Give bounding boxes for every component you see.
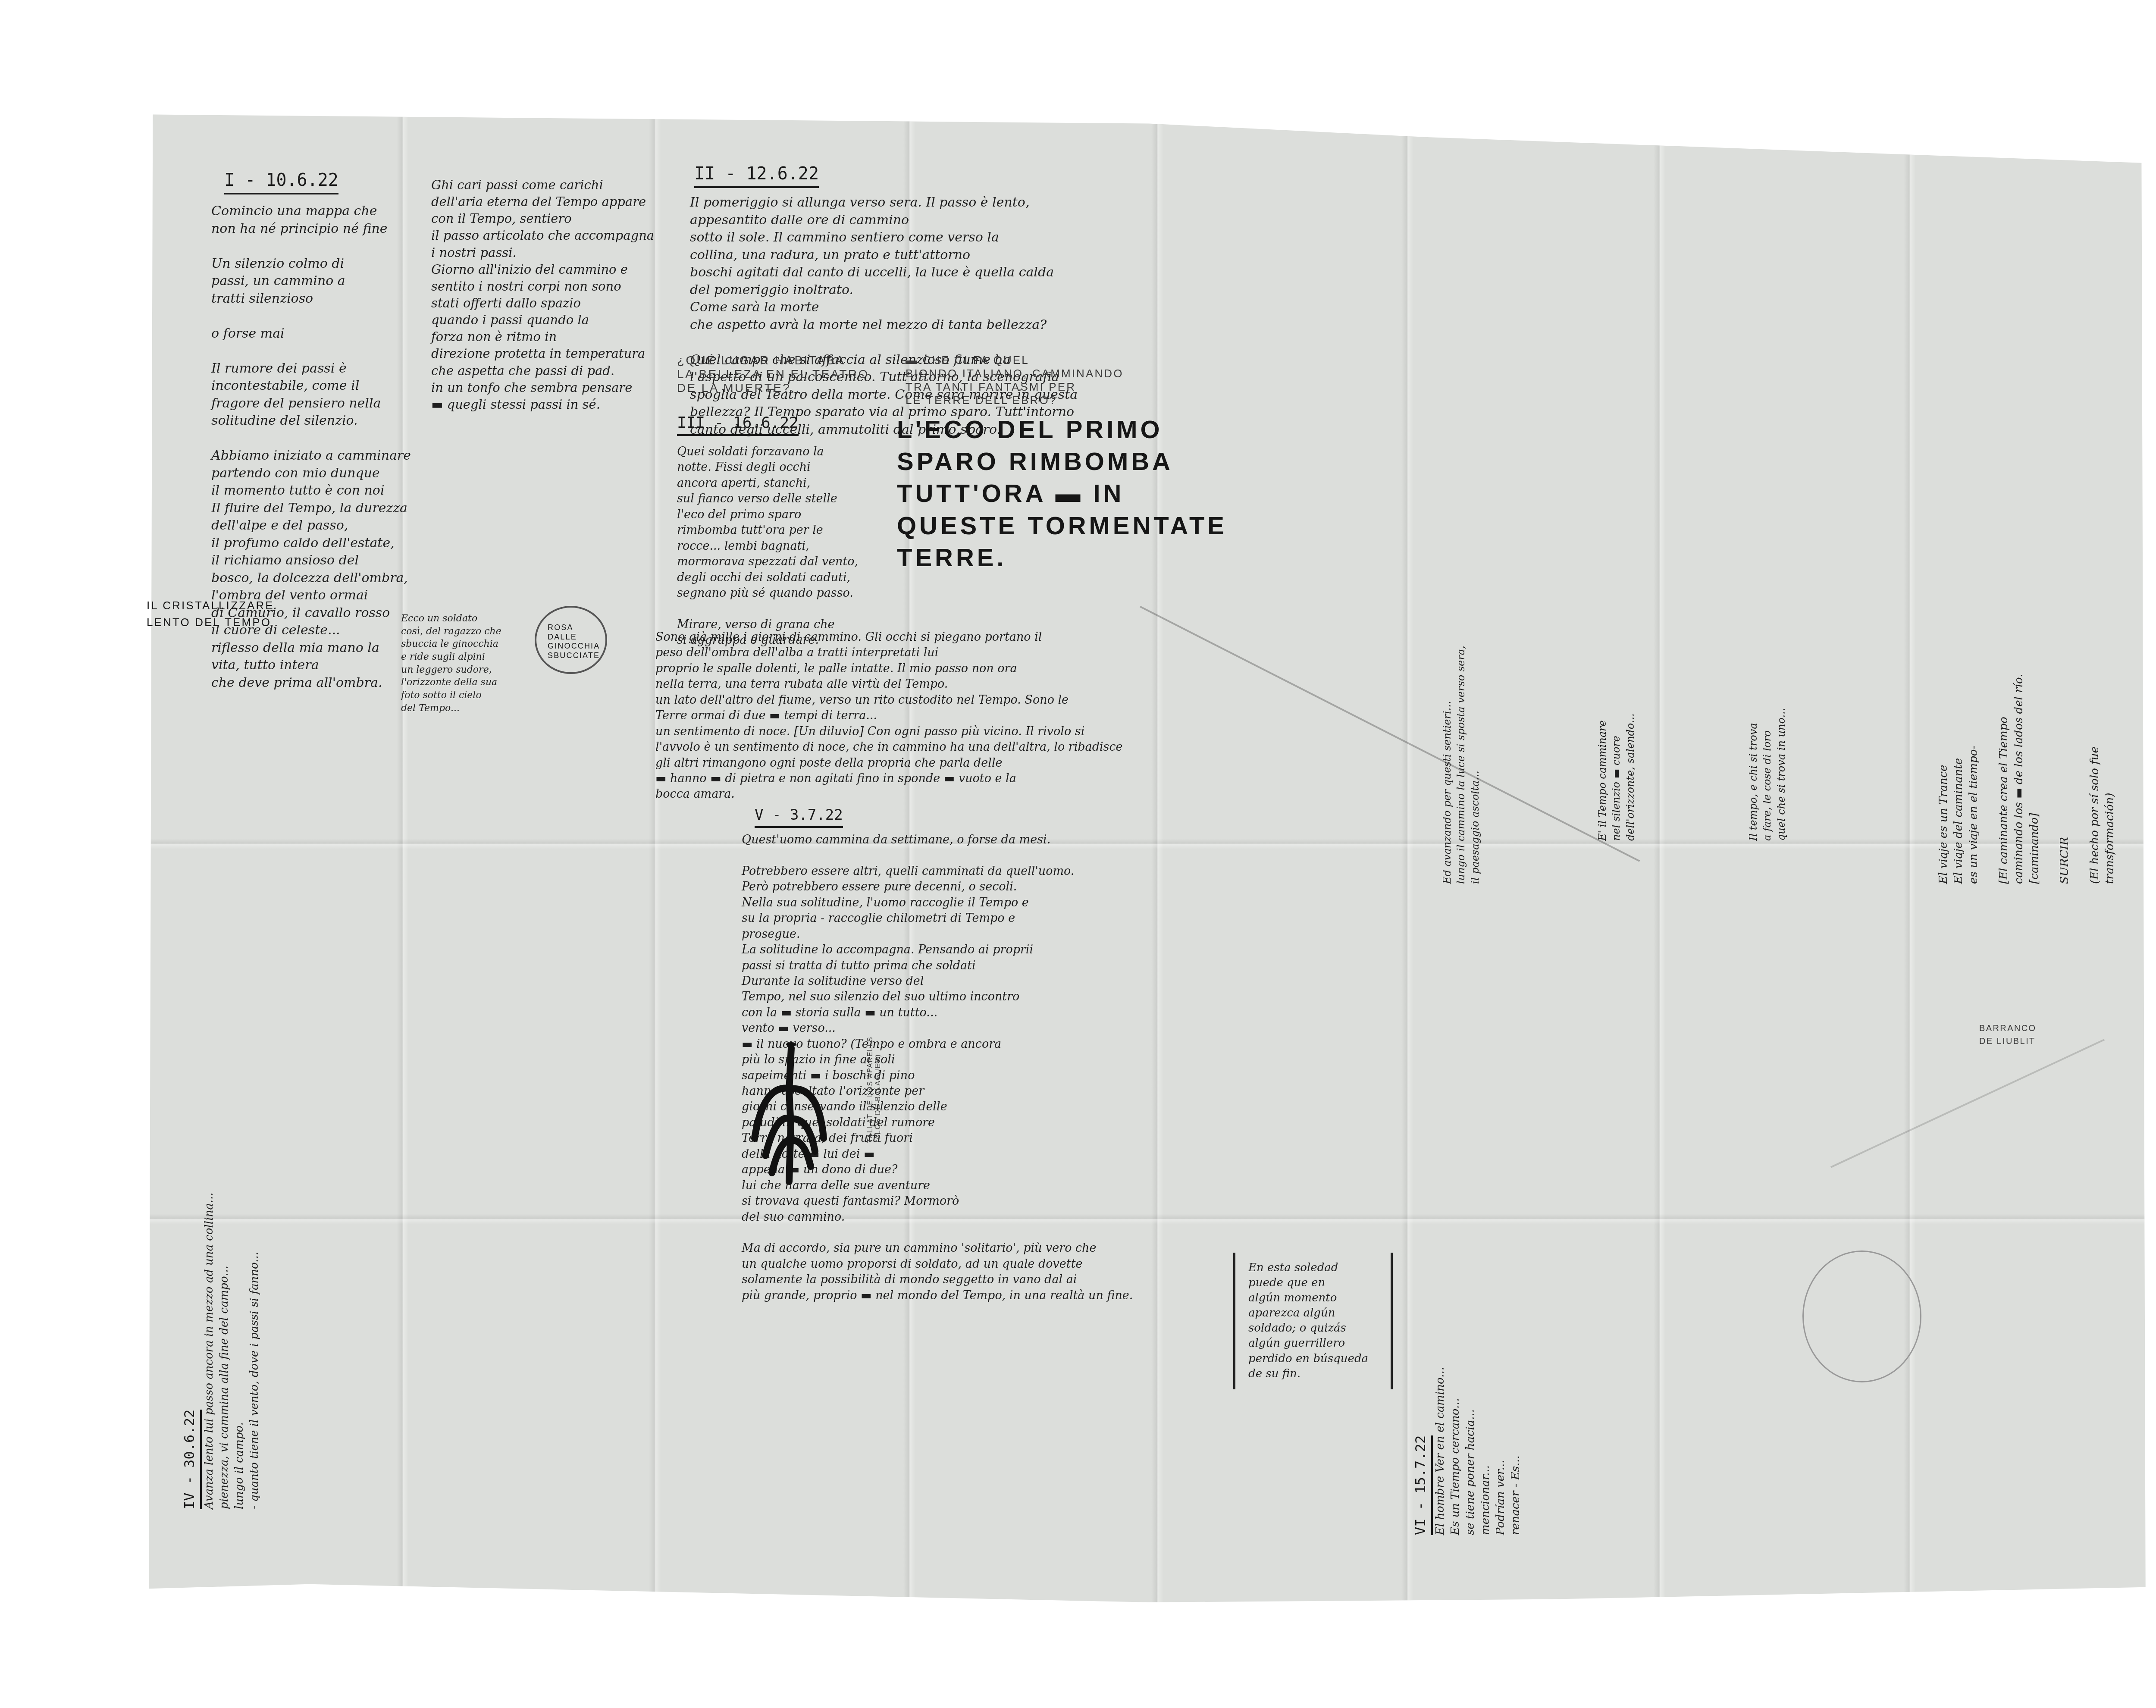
circled-note: ROSA DALLE GINOCCHIA SBUCCIATE (548, 623, 600, 660)
headline: L'ECO DEL PRIMO SPARO RIMBOMBA TUTT'ORA … (897, 414, 1227, 574)
headline-line: QUESTE TORMENTATE (897, 510, 1227, 542)
section-body: Avanza lento lui passo ancora in mezzo a… (202, 906, 262, 1509)
section-header: II - 12.6.22 (694, 164, 819, 188)
quote-spanish: ¿QUÉ LUGAR HABITABA LA BELLEZA EN EL TEA… (677, 354, 869, 395)
label-barranco: BARRANCO DE LIUBLIT (1979, 1022, 2037, 1048)
diagonal-crease (1830, 1039, 2105, 1168)
boxed-note: En esta soledad puede que en algún momen… (1233, 1253, 1393, 1389)
vertical-notes: Ed avanzando per questi sentieri... lung… (1440, 496, 1482, 884)
quote-italian: ▬ CHE CI FA QUEL BIONDO ITALIANO, CAMMIN… (906, 354, 1124, 407)
branch-drawing-icon (746, 1039, 832, 1194)
headline-line: SPARO RIMBOMBA (897, 446, 1227, 478)
fold-line (1904, 110, 1916, 1623)
diagonal-crease (1140, 606, 1640, 862)
section-header: I - 10.6.22 (224, 170, 338, 194)
margin-note: Ecco un soldato così, del ragazzo che sb… (401, 612, 530, 715)
drawing-caption: TALLAT DE LOS APARELLS (ALÓS DE BALAGUER… (867, 970, 882, 1143)
section-iv: IV - 30.6.22 Avanza lento lui passo anco… (181, 862, 262, 1509)
pencil-circle (1802, 1250, 1921, 1382)
vertical-notes: Il tempo, e chi si trova a fare, le cose… (1746, 453, 1788, 841)
fold-line (1654, 110, 1666, 1623)
headline-line: TERRE. (897, 542, 1227, 574)
section-header: V - 3.7.22 (755, 806, 843, 828)
section-body: Quei soldati forzavano la notte. Fissi d… (677, 444, 910, 649)
headline-line: TUTT'ORA ▬ IN (897, 478, 1227, 510)
label-cristallizzare: IL CRISTALLIZZARE LENTO DEL TEMPO (147, 597, 274, 631)
section-body: Sono già mille i giorni di cammino. Gli … (655, 630, 1194, 802)
section-header: VI - 15.7.22 (1412, 1435, 1433, 1535)
fold-line (1401, 110, 1413, 1623)
vertical-notes: E' il Tempo camminare nel silenzio ▬ cuo… (1595, 453, 1637, 841)
headline-line: L'ECO DEL PRIMO (897, 414, 1227, 446)
section-header: IV - 30.6.22 (181, 1410, 202, 1509)
right-vertical-notes: El viaje es un Trance El viaje del camin… (1936, 410, 2118, 884)
section-header: III - 16.6.22 (677, 414, 799, 436)
section-body: Ghi cari passi come carichi dell'aria et… (431, 177, 673, 413)
section-body: El hombre Ver en el camino... Es un Tiem… (1433, 1147, 1524, 1535)
section-vi: VI - 15.7.22 El hombre Ver en el camino.… (1412, 1147, 1524, 1535)
